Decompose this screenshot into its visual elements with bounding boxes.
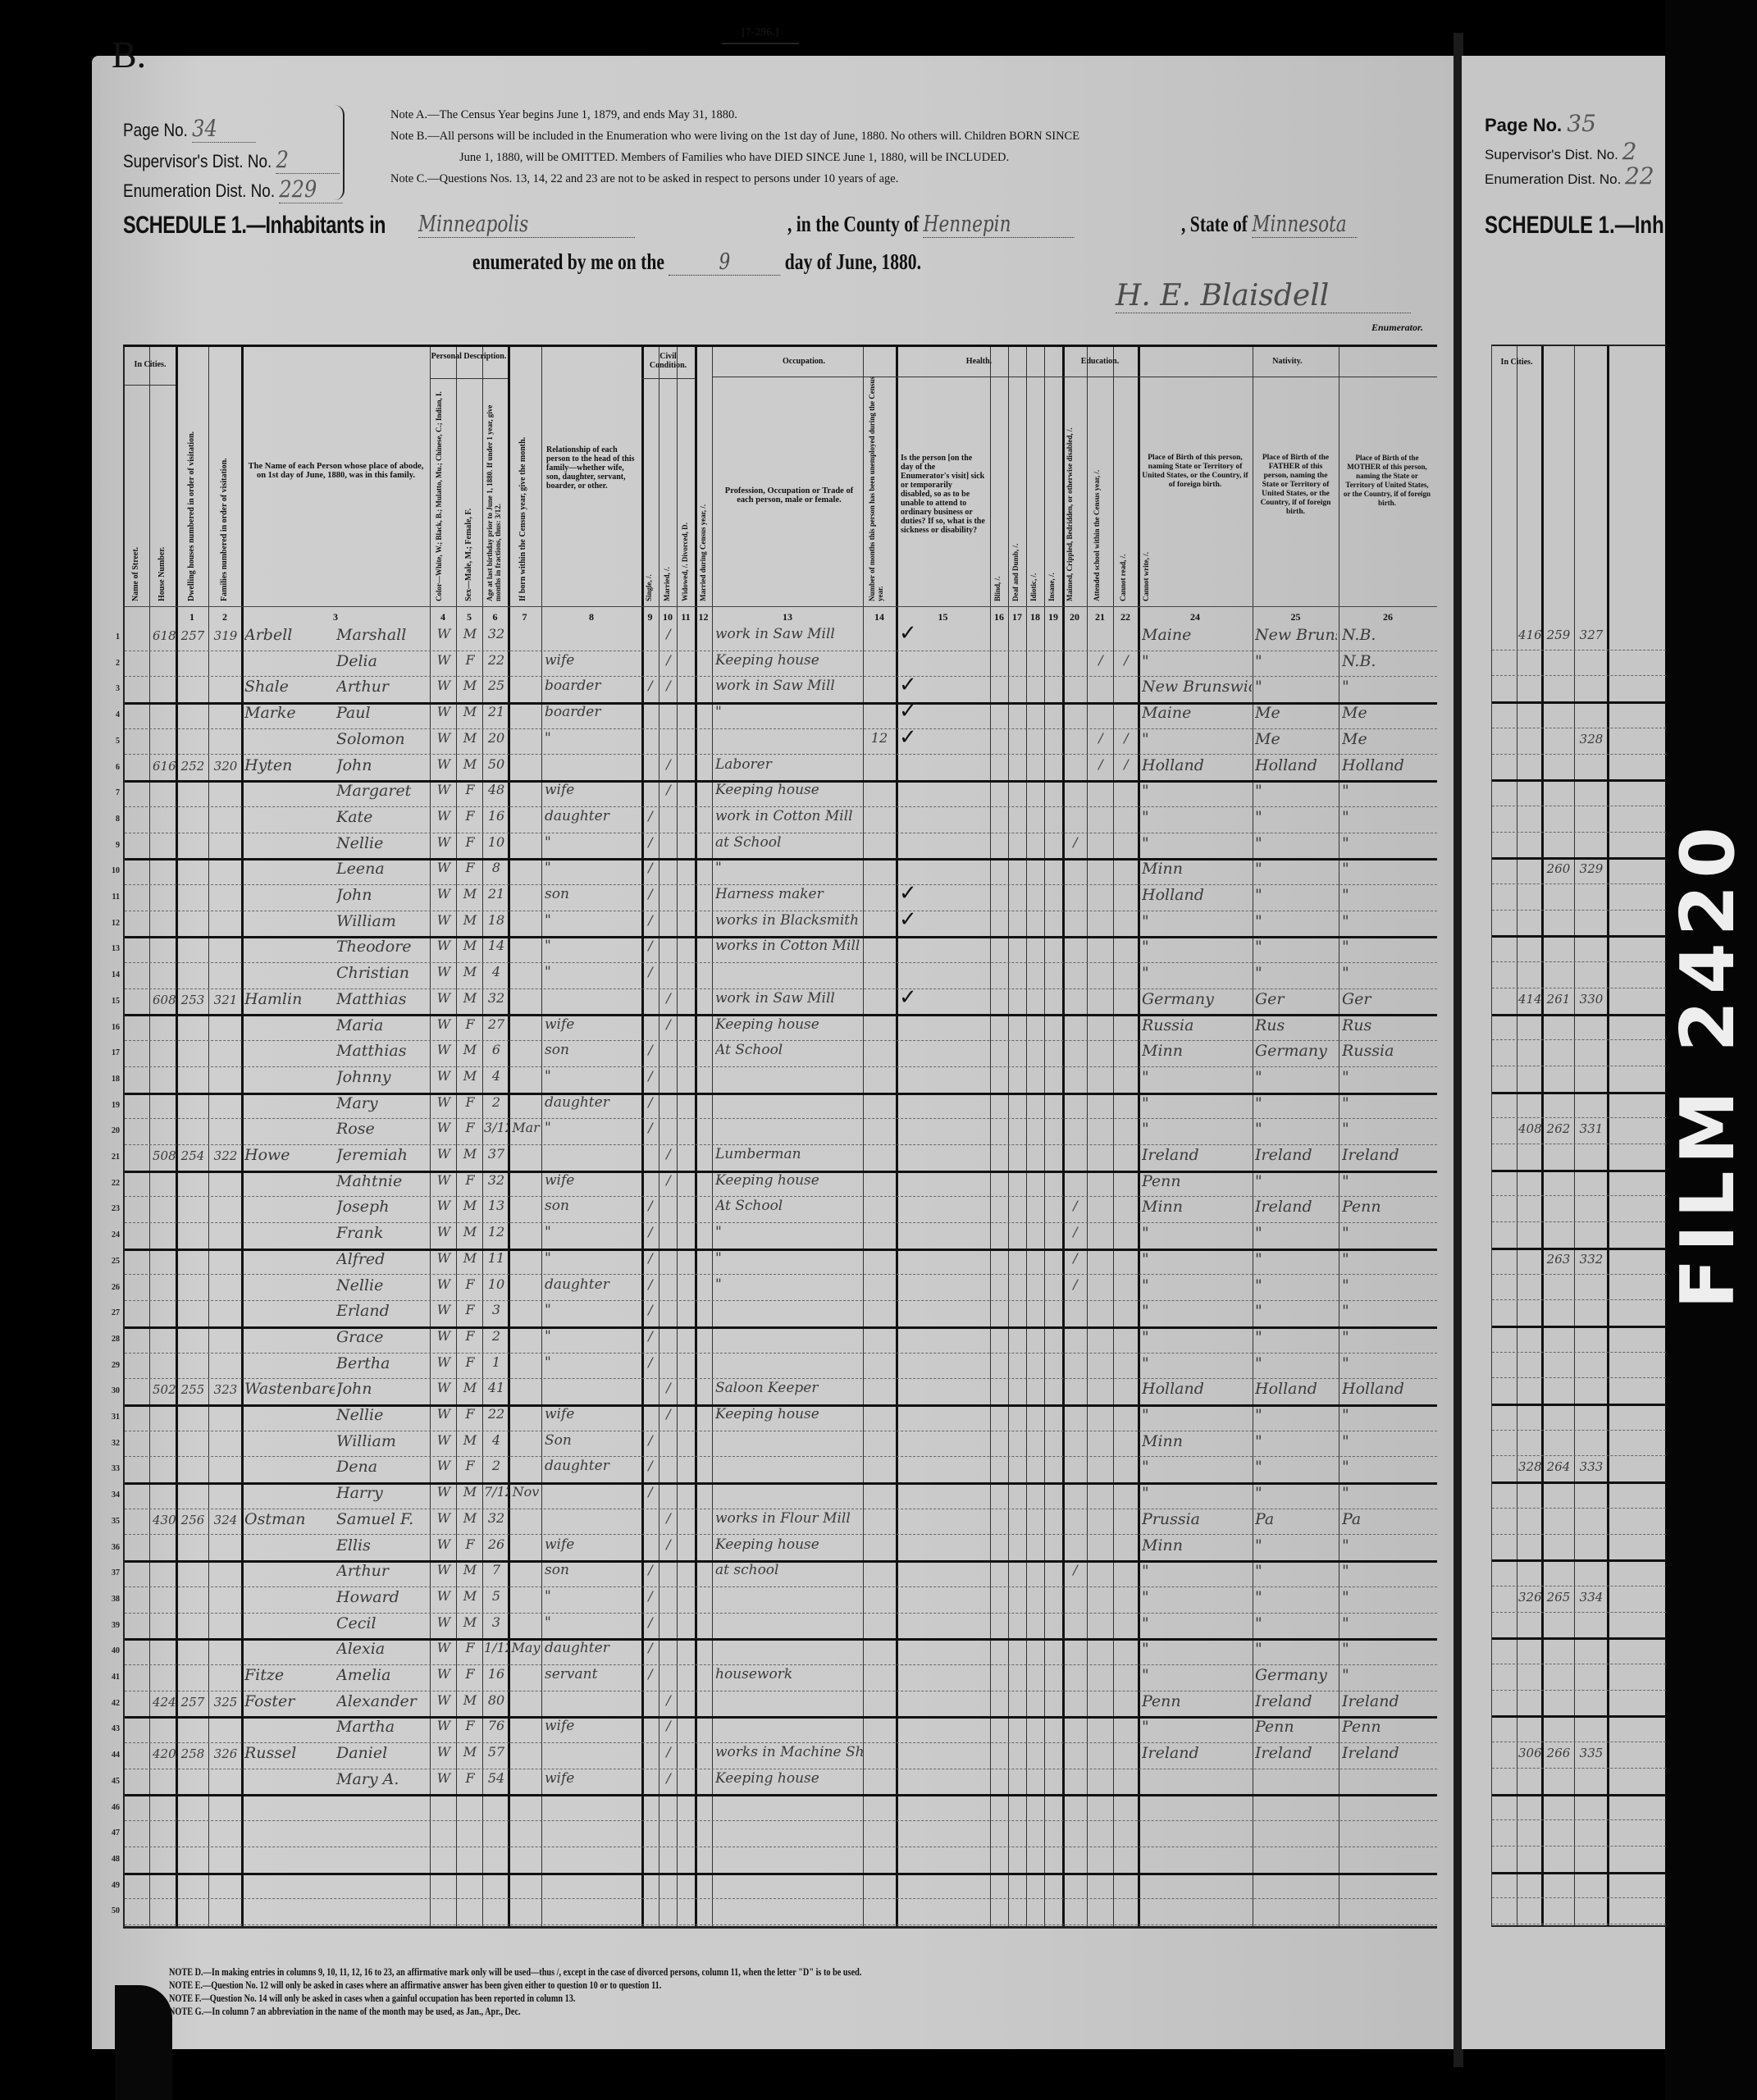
birthplace: "	[1142, 1328, 1252, 1346]
table-row: 48	[125, 1847, 1437, 1873]
table-row: 34HarryWM7/12Nov/"""	[125, 1482, 1437, 1509]
header-maimed: Maimed, Crippled, Bedridden, or otherwis…	[1066, 363, 1074, 601]
relationship: wife	[545, 1770, 640, 1787]
line-number: 50	[103, 1906, 120, 1915]
given-name: Cecil	[336, 1614, 430, 1632]
cannot-write: /	[1115, 756, 1138, 772]
mother-birthplace: "	[1342, 834, 1434, 852]
dwelling-number: 254	[177, 1148, 208, 1163]
sex: F	[459, 808, 481, 824]
color: W	[433, 1328, 454, 1344]
age: 16	[484, 1666, 509, 1682]
row-divider	[1492, 1144, 1666, 1144]
mother-birthplace: Penn	[1342, 1198, 1434, 1216]
father-birthplace: Pa	[1255, 1510, 1337, 1528]
next-dwelling-number: 260	[1543, 861, 1574, 876]
census-table: In Cities. Personal Description. Civil C…	[123, 345, 1437, 1929]
state-field: , State of Minnesota	[1181, 212, 1357, 238]
age: 26	[484, 1536, 509, 1552]
table-row: 2DeliaWF22wife/Keeping house//""N.B.	[125, 651, 1437, 677]
birthplace: "	[1142, 1588, 1252, 1606]
sex: M	[459, 886, 481, 902]
table-row: 33DenaWF2daughter/"""	[125, 1456, 1437, 1482]
color: W	[433, 1510, 454, 1526]
single-mark: /	[643, 1666, 658, 1682]
note-f: NOTE F.—Question No. 14 will only be ask…	[169, 1992, 861, 2005]
mother-birthplace: "	[1342, 1588, 1434, 1606]
header-health: Health.	[896, 357, 1062, 377]
father-birthplace: Me	[1255, 730, 1337, 748]
birthplace: Holland	[1142, 886, 1252, 904]
next-family-number: 332	[1576, 1252, 1607, 1267]
row-divider	[1492, 1377, 1666, 1378]
next-page-table: In Cities. 41625932732826032941426133040…	[1491, 345, 1666, 1927]
page-no-label: Page No.	[123, 120, 188, 140]
age: 50	[484, 756, 509, 772]
mother-birthplace: "	[1342, 1458, 1434, 1476]
sex: M	[459, 912, 481, 928]
sex: M	[459, 626, 481, 641]
mother-birthplace: "	[1342, 1276, 1434, 1294]
sex: M	[459, 1588, 481, 1604]
next-dwelling-number: 263	[1543, 1252, 1574, 1267]
mother-birthplace: "	[1342, 1484, 1434, 1502]
given-name: Margaret	[336, 782, 430, 800]
color: W	[433, 1146, 454, 1162]
form-letter: B.	[112, 33, 146, 76]
line-number: 31	[103, 1413, 120, 1422]
given-name: Joseph	[336, 1198, 430, 1216]
col-number: 2	[208, 611, 241, 623]
age: 2	[484, 1328, 509, 1344]
occupation: works in Machine Shop	[715, 1744, 863, 1760]
sex: F	[459, 1406, 481, 1422]
given-name: Solomon	[336, 730, 430, 748]
line-number: 22	[103, 1179, 120, 1188]
single-mark: /	[643, 1250, 658, 1266]
single-mark: /	[643, 1562, 658, 1577]
next-dwelling-number: 261	[1543, 992, 1574, 1007]
row-divider	[1492, 1039, 1666, 1040]
mother-birthplace: "	[1342, 678, 1434, 696]
age: 10	[484, 1276, 509, 1292]
color: W	[433, 834, 454, 850]
col-number: 3	[241, 611, 430, 623]
enumerator-signature: H. E. Blaisdell	[1116, 279, 1411, 313]
mother-birthplace: "	[1342, 1614, 1434, 1632]
mother-birthplace: "	[1342, 1666, 1434, 1684]
age: 4	[484, 964, 509, 979]
line-number: 13	[103, 944, 120, 953]
table-row: 12WilliamWM18"/works in Blacksmith✓"""	[125, 911, 1437, 937]
sex: F	[459, 1770, 481, 1786]
line-number: 7	[103, 788, 120, 797]
occupation: Saloon Keeper	[715, 1380, 863, 1396]
birthplace: "	[1142, 1458, 1252, 1476]
sex: F	[459, 652, 481, 668]
header-civil: Civil Condition.	[641, 352, 695, 379]
row-divider	[1492, 1742, 1666, 1742]
occupation: "	[715, 704, 863, 720]
color: W	[433, 704, 454, 719]
married-mark: /	[661, 1510, 676, 1526]
relationship: servant	[545, 1666, 640, 1682]
table-row: 28GraceWF2"/"""	[125, 1326, 1437, 1353]
header-married: Married, /.	[663, 544, 671, 601]
header-born-month: If born within the Census year, give the…	[518, 396, 527, 601]
given-name: Samuel F.	[336, 1510, 430, 1528]
occupation: Keeping house	[715, 1406, 863, 1422]
single-mark: /	[643, 1458, 658, 1473]
married-mark: /	[661, 1172, 676, 1188]
relationship: daughter	[545, 1276, 640, 1293]
surname: Hamlin	[244, 990, 335, 1008]
row-divider	[1492, 806, 1666, 806]
col-number: 18	[1026, 611, 1044, 623]
birthplace: Holland	[1142, 756, 1252, 774]
sex: F	[459, 1016, 481, 1032]
color: W	[433, 756, 454, 772]
house-number: 502	[153, 1382, 176, 1397]
sex: M	[459, 938, 481, 953]
relationship: boarder	[545, 704, 640, 720]
married-mark: /	[661, 1536, 676, 1552]
father-birthplace: "	[1255, 1562, 1337, 1580]
header-bottom-line	[125, 606, 1437, 607]
next-family-number: 335	[1576, 1746, 1607, 1760]
county-field: , in the County of Hennepin	[787, 212, 1075, 238]
given-name: Arthur	[336, 1562, 430, 1580]
birthplace: Ireland	[1142, 1744, 1252, 1762]
sex: F	[459, 1276, 481, 1292]
day-suffix: day of June, 1880.	[785, 249, 921, 274]
row-divider	[1492, 1508, 1666, 1509]
row-divider	[1492, 1430, 1666, 1431]
father-birthplace: "	[1255, 1406, 1337, 1424]
given-name: John	[336, 886, 430, 904]
table-row: 3ShaleArthurWM25boarder//work in Saw Mil…	[125, 676, 1437, 702]
birthplace: "	[1142, 1406, 1252, 1424]
row-divider	[1492, 1248, 1666, 1250]
mother-birthplace: Holland	[1342, 1380, 1434, 1398]
header-blind: Blind, /.	[993, 552, 1002, 601]
header-color: Color—White, W.; Black, B.; Mulatto, Mu.…	[435, 388, 453, 601]
birthplace: Minn	[1142, 1432, 1252, 1450]
birthplace: "	[1142, 1120, 1252, 1138]
birth-month: May	[510, 1640, 541, 1655]
line-number: 14	[103, 970, 120, 979]
mother-birthplace: "	[1342, 1224, 1434, 1242]
occupation: At School	[715, 1042, 863, 1058]
line-number: 9	[103, 841, 120, 850]
relationship: "	[545, 1614, 640, 1631]
col-number: 5	[456, 611, 482, 623]
color: W	[433, 1484, 454, 1500]
occupation: Keeping house	[715, 1770, 863, 1787]
table-row: 11JohnWM21son/Harness maker✓Holland""	[125, 884, 1437, 911]
header-in-cities: In Cities.	[125, 360, 176, 386]
color: W	[433, 1588, 454, 1604]
attended-school: /	[1064, 1198, 1087, 1213]
occupation: Laborer	[715, 756, 863, 773]
surname: Ostman	[244, 1510, 335, 1528]
line-number: 12	[103, 919, 120, 928]
given-name: Harry	[336, 1484, 430, 1502]
father-birthplace: "	[1255, 1328, 1337, 1346]
attended-school: /	[1064, 1224, 1087, 1239]
table-row: 14ChristianWM4"/"""	[125, 962, 1437, 988]
header-birth-self: Place of Birth of this person, naming St…	[1142, 454, 1248, 490]
line-number: 29	[103, 1361, 120, 1370]
color: W	[433, 1770, 454, 1786]
table-row: 16MariaWF27wife/Keeping houseRussiaRusRu…	[125, 1015, 1437, 1041]
row-divider	[1492, 728, 1666, 728]
color: W	[433, 1042, 454, 1057]
relationship: daughter	[545, 808, 640, 824]
occupation: Lumberman	[715, 1146, 863, 1162]
sex: M	[459, 730, 481, 746]
note-e: NOTE E.—Question No. 12 will only be ask…	[169, 1979, 861, 1992]
father-birthplace: Me	[1255, 704, 1337, 722]
table-row: 24FrankWM12"/"/"""	[125, 1222, 1437, 1249]
relationship: "	[545, 1068, 640, 1084]
mother-birthplace: Penn	[1342, 1718, 1434, 1736]
relationship: son	[545, 1562, 640, 1578]
header-idiotic: Idiotic, /.	[1029, 552, 1038, 601]
next-family-number: 331	[1576, 1121, 1607, 1136]
surname: Wastenbare	[244, 1380, 335, 1398]
birthplace: "	[1142, 1276, 1252, 1294]
line-number: 4	[103, 710, 120, 719]
birth-month: Mar	[510, 1120, 541, 1135]
family-number: 326	[210, 1746, 241, 1761]
father-birthplace: "	[1255, 1068, 1337, 1086]
next-dwelling-number: 264	[1543, 1459, 1574, 1474]
line-number: 6	[103, 763, 120, 772]
color: W	[433, 652, 454, 668]
sex: M	[459, 1224, 481, 1239]
line-number: 10	[103, 866, 120, 875]
single-mark: /	[643, 1640, 658, 1655]
given-name: Amelia	[336, 1666, 430, 1684]
age: 3	[484, 1302, 509, 1317]
given-name: Howard	[336, 1588, 430, 1606]
color: W	[433, 1432, 454, 1448]
sex: F	[459, 1328, 481, 1344]
table-row: 25AlfredWM11"/"/"""	[125, 1249, 1437, 1275]
line-number: 42	[103, 1699, 120, 1708]
mother-birthplace: "	[1342, 1536, 1434, 1554]
header-family: Families numbered in order of visitation…	[220, 429, 229, 601]
line-number: 38	[103, 1595, 120, 1604]
mother-birthplace: "	[1342, 886, 1434, 904]
given-name: Martha	[336, 1718, 430, 1736]
color: W	[433, 1302, 454, 1317]
married-mark: /	[661, 1406, 676, 1422]
line-number: 46	[103, 1803, 120, 1812]
sex: M	[459, 1614, 481, 1630]
birthplace: "	[1142, 652, 1252, 670]
family-number: 321	[210, 993, 241, 1007]
supervisor-label: Supervisor's Dist. No.	[123, 151, 272, 171]
color: W	[433, 1016, 454, 1032]
line-number: 15	[103, 997, 120, 1006]
birthplace: Russia	[1142, 1016, 1252, 1034]
state-value: Minnesota	[1252, 212, 1357, 238]
sex: M	[459, 1562, 481, 1577]
table-body: 1618257319ArbellMarshallWM32/work in Saw…	[125, 624, 1437, 1926]
age: 32	[484, 626, 509, 641]
given-name: Nellie	[336, 834, 430, 852]
age: 54	[484, 1770, 509, 1786]
next-house-number: 328	[1518, 1459, 1541, 1474]
single-mark: /	[643, 1302, 658, 1317]
sickness: ✓	[899, 985, 989, 1010]
header-school: Attended school within the Census year, …	[1093, 429, 1101, 601]
age: 10	[484, 834, 509, 850]
age: 41	[484, 1380, 509, 1395]
relationship: "	[545, 1224, 640, 1240]
sickness: ✓	[899, 621, 989, 646]
mother-birthplace: "	[1342, 1068, 1434, 1086]
given-name: Alexia	[336, 1640, 430, 1658]
age: 4	[484, 1432, 509, 1448]
birthplace: "	[1142, 834, 1252, 852]
col-number: 13	[712, 611, 863, 623]
col-number: 14	[863, 611, 896, 623]
age: 32	[484, 1510, 509, 1526]
color: W	[433, 938, 454, 953]
row-divider	[1492, 857, 1666, 860]
line-number: 19	[103, 1101, 120, 1110]
color: W	[433, 1536, 454, 1552]
mother-birthplace: Me	[1342, 704, 1434, 722]
next-house-number: 414	[1518, 992, 1541, 1007]
age: 16	[484, 808, 509, 824]
sickness: ✓	[899, 907, 989, 932]
birthplace: Maine	[1142, 704, 1252, 722]
mother-birthplace: "	[1342, 1250, 1434, 1268]
color: W	[433, 1718, 454, 1733]
attended-school: /	[1064, 1250, 1087, 1266]
mother-birthplace: "	[1342, 1094, 1434, 1112]
row-divider	[1492, 1481, 1666, 1484]
given-name: Theodore	[336, 938, 430, 956]
row-divider	[1492, 1066, 1666, 1066]
married-mark: /	[661, 990, 676, 1006]
next-dwelling-number: 262	[1543, 1121, 1574, 1136]
mother-birthplace: Me	[1342, 730, 1434, 748]
header-birth-father: Place of Birth of the FATHER of this per…	[1257, 454, 1335, 517]
age: 1	[484, 1354, 509, 1370]
mother-birthplace: "	[1342, 1172, 1434, 1190]
relationship: daughter	[545, 1640, 640, 1656]
father-birthplace: "	[1255, 834, 1337, 852]
relationship: son	[545, 1198, 640, 1214]
single-mark: /	[643, 938, 658, 953]
row-divider	[1492, 1846, 1666, 1847]
father-birthplace: "	[1255, 1276, 1337, 1294]
age: 32	[484, 990, 509, 1006]
line-number: 36	[103, 1543, 120, 1552]
sex: M	[459, 1250, 481, 1266]
table-row: 26NellieWF10daughter/"/"""	[125, 1275, 1437, 1301]
header-single: Single, /.	[645, 544, 653, 601]
married-mark: /	[661, 678, 676, 693]
relationship: Son	[545, 1432, 640, 1449]
note-d: NOTE D.—In making entries in columns 9, …	[169, 1965, 861, 1979]
line-number: 48	[103, 1855, 120, 1864]
father-birthplace: Penn	[1255, 1718, 1337, 1736]
header-age: Age at last birthday prior to June 1, 18…	[486, 380, 504, 601]
surname: Foster	[244, 1692, 335, 1710]
birthplace: New Brunswick	[1142, 678, 1252, 696]
single-mark: /	[643, 1588, 658, 1604]
relationship: wife	[545, 652, 640, 669]
cannot-read: /	[1089, 756, 1112, 772]
birthplace: Minn	[1142, 1042, 1252, 1060]
occupation: at School	[715, 834, 863, 851]
table-row: 38HowardWM5"/"""	[125, 1586, 1437, 1613]
state-label: , State of	[1181, 212, 1248, 236]
line-number: 28	[103, 1335, 120, 1344]
line-number: 43	[103, 1724, 120, 1733]
attended-school: /	[1064, 1562, 1087, 1577]
header-name: The Name of each Person whose place of a…	[248, 462, 424, 480]
row-divider	[1492, 754, 1666, 755]
mother-birthplace: Rus	[1342, 1016, 1434, 1034]
occupation: works in Blacksmith	[715, 912, 863, 929]
enumerator-label: Enumerator.	[1371, 322, 1423, 334]
age: 7	[484, 1562, 509, 1577]
row-divider	[1492, 1664, 1666, 1664]
line-number: 18	[103, 1075, 120, 1084]
given-name: Nellie	[336, 1276, 430, 1294]
line-number: 44	[103, 1751, 120, 1760]
age: 6	[484, 1042, 509, 1057]
note-c: Note C.—Questions Nos. 13, 14, 22 and 23…	[390, 172, 898, 186]
father-birthplace: "	[1255, 1354, 1337, 1372]
mother-birthplace: "	[1342, 1302, 1434, 1320]
occupation: work in Saw Mill	[715, 990, 863, 1007]
header-profession: Profession, Occupation or Trade of each …	[723, 486, 855, 504]
row-divider	[1492, 1872, 1666, 1874]
next-enumeration-value: 22	[1625, 162, 1654, 189]
father-birthplace: "	[1255, 1172, 1337, 1190]
line-number: 27	[103, 1308, 120, 1317]
col-number: 12	[695, 611, 712, 623]
house-number: 430	[153, 1513, 176, 1527]
mother-birthplace: "	[1342, 938, 1434, 956]
line-number: 20	[103, 1126, 120, 1135]
row-divider	[1492, 1715, 1666, 1718]
row-divider	[1492, 701, 1666, 704]
age: 21	[484, 704, 509, 719]
sex: M	[459, 704, 481, 719]
given-name: Erland	[336, 1302, 430, 1320]
father-birthplace: "	[1255, 782, 1337, 800]
father-birthplace: "	[1255, 938, 1337, 956]
mother-birthplace: Ger	[1342, 990, 1434, 1008]
line-number: 47	[103, 1828, 120, 1837]
age: 13	[484, 1198, 509, 1213]
note-b-cont: June 1, 1880, will be OMITTED. Members o…	[459, 151, 1009, 165]
next-page-no: Page No. 35	[1485, 110, 1596, 137]
mother-birthplace: "	[1342, 1406, 1434, 1424]
brace	[335, 105, 345, 200]
father-birthplace: "	[1255, 912, 1337, 930]
cannot-read: /	[1089, 730, 1112, 746]
